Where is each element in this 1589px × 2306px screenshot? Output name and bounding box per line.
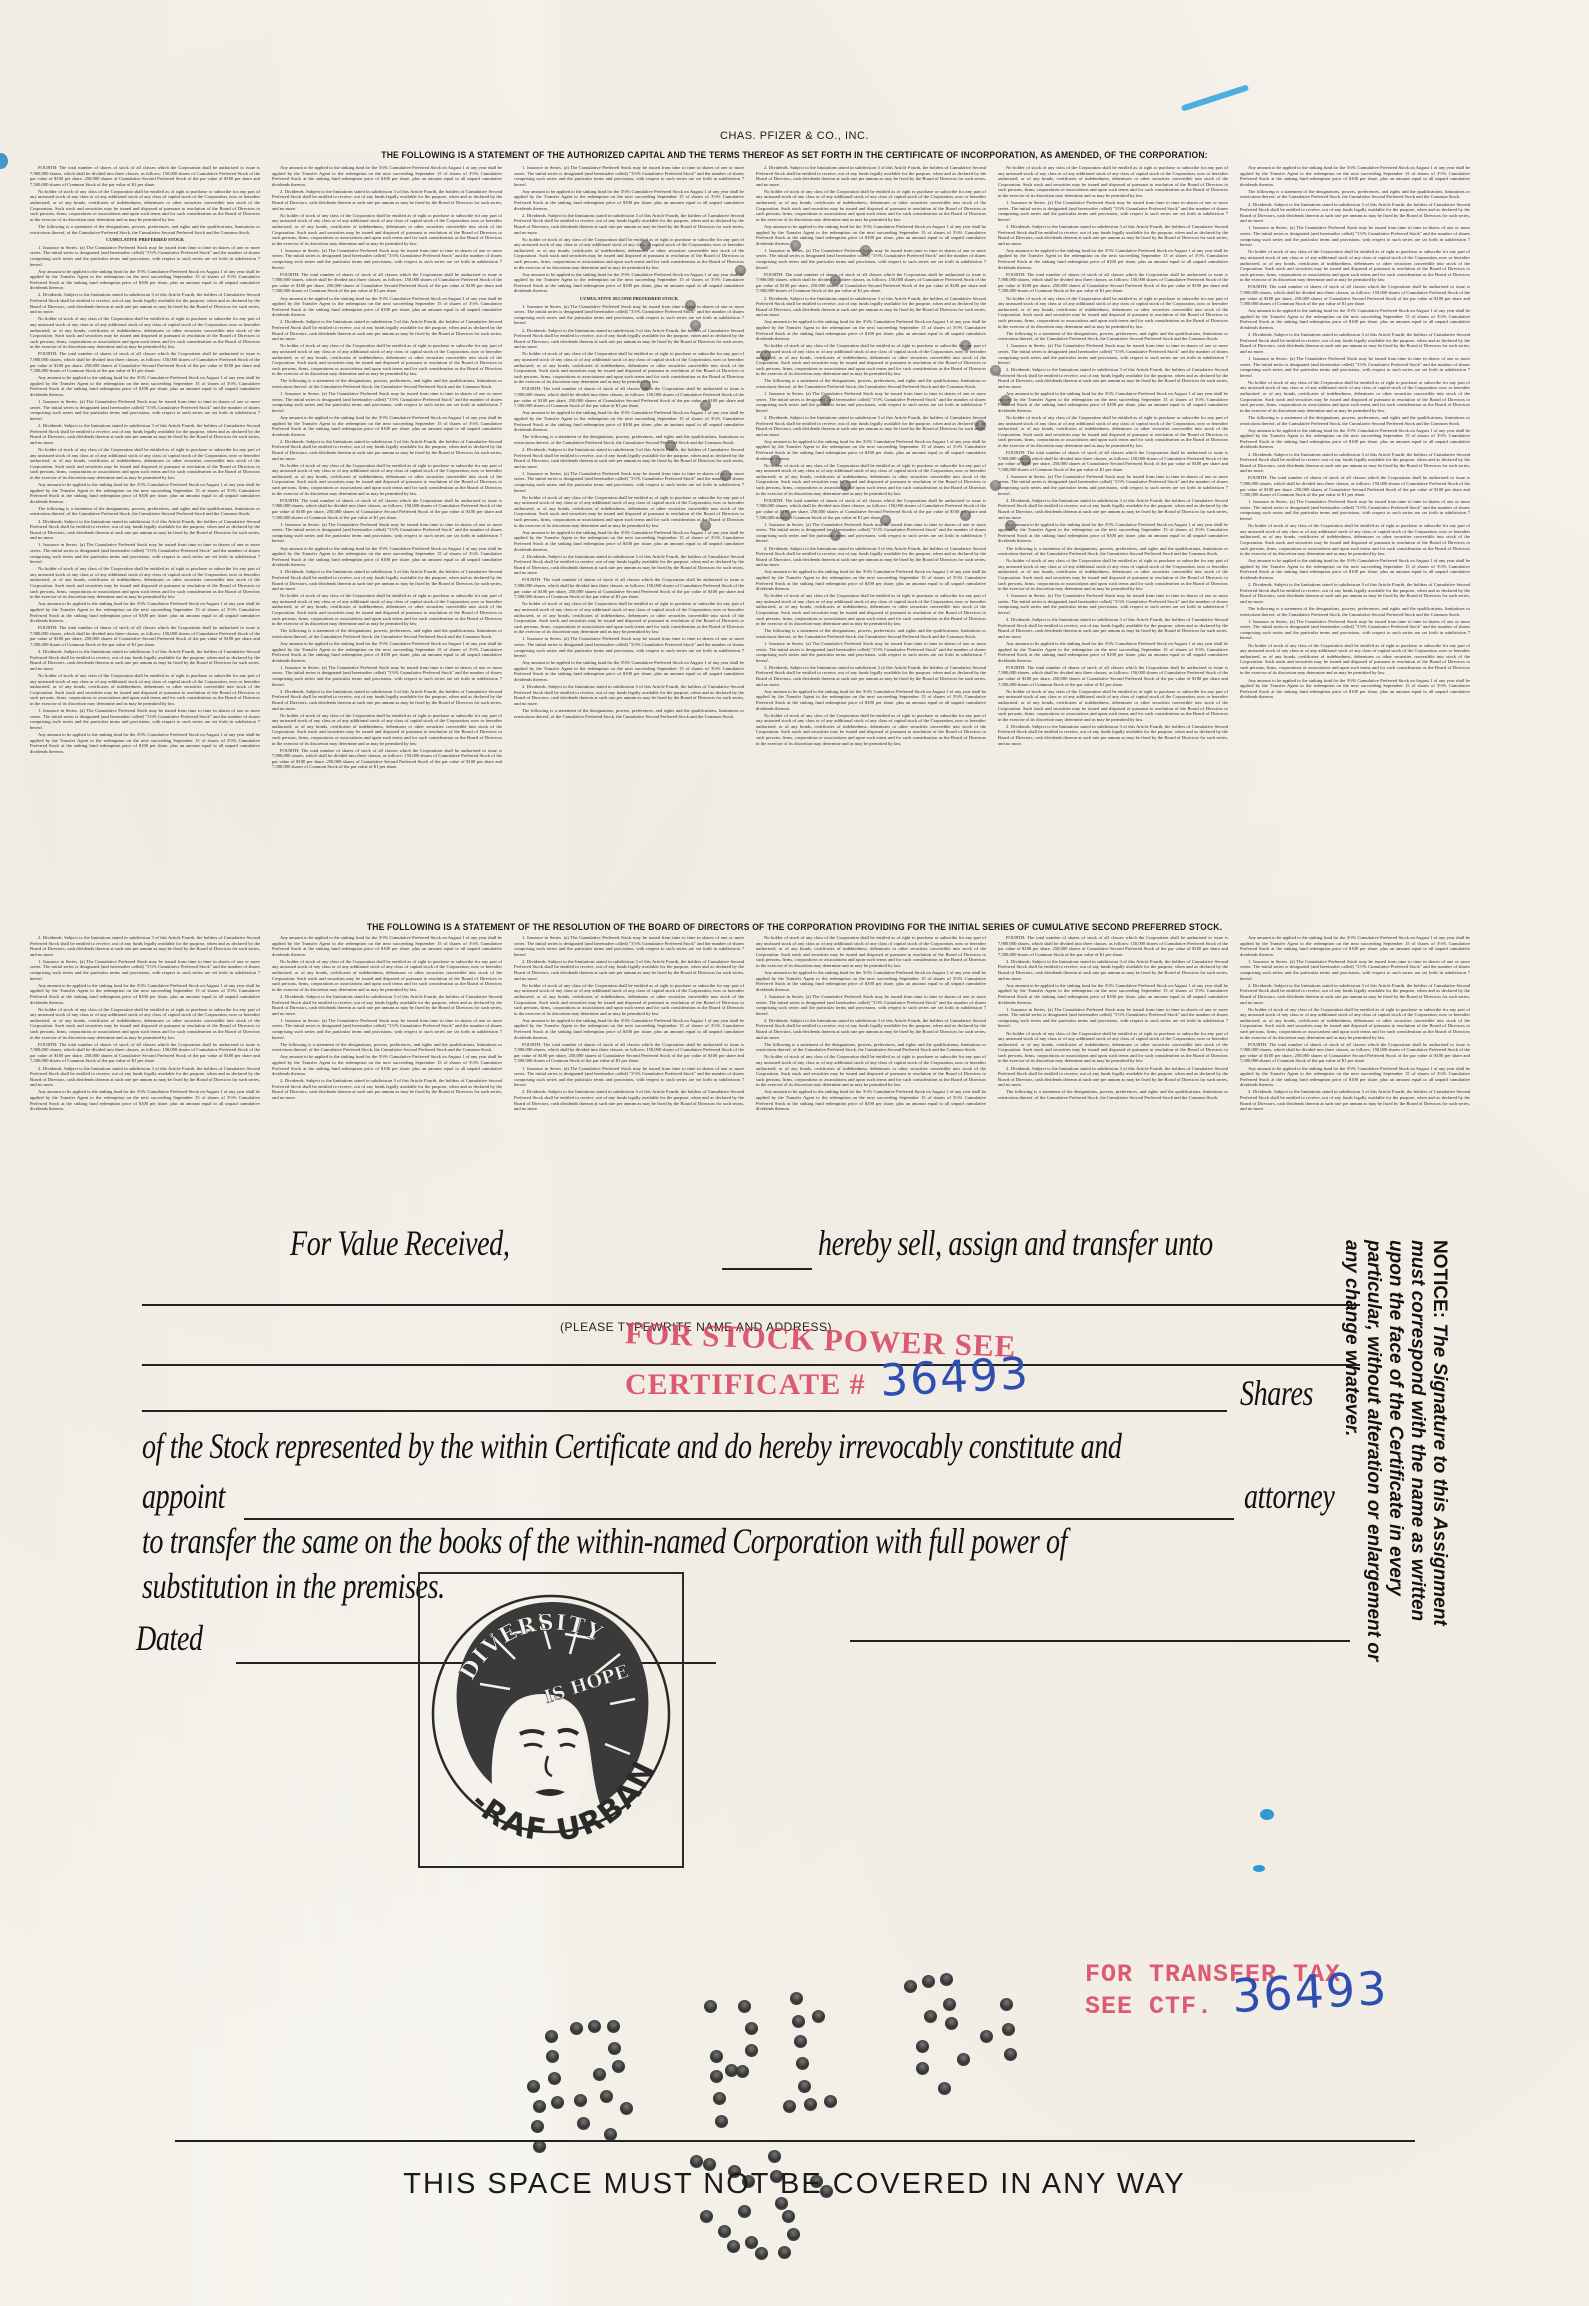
fine-paragraph: 1. Issuance in Series. (a) The Cumulativ…: [756, 248, 986, 270]
fine-paragraph: FOURTH: The total number of shares of st…: [1240, 1042, 1470, 1064]
fine-paragraph: 1. Issuance in Series. (a) The Cumulativ…: [30, 708, 260, 730]
perforation-hole: [685, 300, 696, 311]
perforation-hole: [738, 2000, 751, 2013]
fine-print-column: Any amount to be applied to the sinking …: [1240, 165, 1470, 905]
fine-paragraph: No holder of stock of any class of the C…: [1240, 249, 1470, 283]
fine-print-column: No holder of stock of any class of the C…: [756, 935, 986, 1190]
shares-label: Shares: [1240, 1372, 1313, 1414]
fine-paragraph: FOURTH: The total number of shares of st…: [1240, 284, 1470, 306]
perforation-hole: [700, 2210, 713, 2223]
fine-paragraph: 1. Issuance in Series. (a) The Cumulativ…: [756, 994, 986, 1016]
fine-paragraph: 1. Issuance in Series. (a) The Cumulativ…: [1240, 356, 1470, 378]
perforation-hole: [665, 440, 676, 451]
fine-paragraph: 2. Dividends. Subject to the limitations…: [30, 519, 260, 541]
dated-label: Dated: [136, 1617, 203, 1659]
perforation-hole: [1005, 520, 1016, 531]
fine-paragraph: 2. Dividends. Subject to the limitations…: [998, 959, 1228, 981]
perforation-hole: [718, 2225, 731, 2238]
perforation-hole: [922, 1975, 935, 1988]
perforation-hole: [945, 2017, 958, 2030]
perforation-hole: [880, 515, 891, 526]
fine-paragraph: No holder of stock of any class of the C…: [1240, 380, 1470, 414]
fine-print-column: No holder of stock of any class of the C…: [998, 165, 1228, 905]
fine-paragraph: 2. Dividends. Subject to the limitations…: [998, 724, 1228, 746]
fine-paragraph: Any amount to be applied to the sinking …: [514, 1018, 744, 1040]
perforation-hole: [860, 245, 871, 256]
fine-paragraph: 2. Dividends. Subject to the limitations…: [30, 649, 260, 671]
fine-paragraph: 2. Dividends. Subject to the limitations…: [756, 296, 986, 318]
fine-paragraph: No holder of stock of any class of the C…: [756, 1054, 986, 1088]
fine-paragraph: 2. Dividends. Subject to the limitations…: [514, 684, 744, 706]
perforation-hole: [960, 340, 971, 351]
fine-print-column: FOURTH: The total number of shares of st…: [998, 935, 1228, 1190]
resolution-text: 2. Dividends. Subject to the limitations…: [30, 935, 1470, 1190]
fine-paragraph: 2. Dividends. Subject to the limitations…: [514, 959, 744, 981]
signature-line[interactable]: [850, 1640, 1350, 1642]
fine-print-column: FOURTH: The total number of shares of st…: [30, 165, 260, 905]
fine-subheading: CUMULATIVE SECOND PREFERRED STOCK: [514, 296, 744, 302]
fine-paragraph: 1. Issuance in Series. (a) The Cumulativ…: [272, 1018, 502, 1040]
fine-paragraph: Any amount to be applied to the sinking …: [514, 530, 744, 552]
fine-paragraph: 2. Dividends. Subject to the limitations…: [998, 617, 1228, 639]
fine-paragraph: 1. Issuance in Series. (a) The Cumulativ…: [272, 522, 502, 544]
perforation-hole: [577, 2117, 590, 2130]
fine-subheading: CUMULATIVE PREFERRED STOCK: [30, 237, 260, 243]
shares-count-line[interactable]: [142, 1410, 1227, 1412]
fine-paragraph: 2. Dividends. Subject to the limitations…: [1240, 1089, 1470, 1111]
assignee-address-line[interactable]: [142, 1364, 1360, 1366]
fine-paragraph: 2. Dividends. Subject to the limitations…: [272, 689, 502, 711]
for-value-received-label: For Value Received,: [290, 1222, 509, 1264]
fine-paragraph: 2. Dividends. Subject to the limitations…: [514, 554, 744, 576]
perforation-hole: [938, 2082, 951, 2095]
fine-paragraph: Any amount to be applied to the sinking …: [756, 569, 986, 591]
fine-paragraph: Any amount to be applied to the sinking …: [272, 546, 502, 568]
fine-paragraph: Any amount to be applied to the sinking …: [998, 641, 1228, 663]
fine-paragraph: No holder of stock of any class of the C…: [998, 1031, 1228, 1065]
fine-paragraph: No holder of stock of any class of the C…: [756, 713, 986, 747]
perforation-hole: [620, 2102, 633, 2115]
fine-paragraph: 1. Issuance in Series. (a) The Cumulativ…: [30, 245, 260, 267]
fine-paragraph: FOURTH: The total number of shares of st…: [998, 665, 1228, 687]
fine-paragraph: FOURTH: The total number of shares of st…: [272, 272, 502, 294]
perforation-hole: [812, 2010, 825, 2023]
fine-paragraph: No holder of stock of any class of the C…: [998, 689, 1228, 723]
fine-paragraph: 1. Issuance in Series. (a) The Cumulativ…: [1240, 499, 1470, 521]
perforation-hole: [727, 2240, 740, 2253]
fine-paragraph: Any amount to be applied to the sinking …: [756, 1089, 986, 1111]
perforation-hole: [735, 265, 746, 276]
perforation-hole: [736, 2065, 749, 2078]
fine-paragraph: Any amount to be applied to the sinking …: [1240, 428, 1470, 450]
perforation-hole: [975, 420, 986, 431]
fine-paragraph: No holder of stock of any class of the C…: [998, 558, 1228, 592]
fine-paragraph: 1. Issuance in Series. (a) The Cumulativ…: [998, 474, 1228, 496]
perforation-hole: [710, 2050, 723, 2063]
fine-paragraph: 2. Dividends. Subject to the limitations…: [30, 292, 260, 314]
perforation-hole: [607, 2020, 620, 2033]
fine-paragraph: No holder of stock of any class of the C…: [998, 296, 1228, 330]
perforation-hole: [755, 2247, 768, 2260]
perforation-hole: [778, 2246, 791, 2259]
fine-paragraph: No holder of stock of any class of the C…: [30, 447, 260, 481]
assignee-name-line[interactable]: [142, 1304, 1360, 1306]
fine-paragraph: Any amount to be applied to the sinking …: [514, 660, 744, 682]
footer-rule: [175, 2140, 1415, 2142]
fine-paragraph: The following is a statement of the desi…: [272, 1042, 502, 1053]
perforation-hole: [943, 1998, 956, 2011]
fine-paragraph: Any amount to be applied to the sinking …: [1240, 678, 1470, 700]
fine-paragraph: No holder of stock of any class of the C…: [272, 593, 502, 627]
fine-paragraph: Any amount to be applied to the sinking …: [30, 732, 260, 754]
perforation-hole: [782, 2210, 795, 2223]
fine-paragraph: FOURTH: The total number of shares of st…: [998, 450, 1228, 472]
fine-paragraph: 2. Dividends. Subject to the limitations…: [1240, 452, 1470, 474]
fine-paragraph: Any amount to be applied to the sinking …: [30, 1089, 260, 1111]
fine-paragraph: 1. Issuance in Series. (a) The Cumulativ…: [514, 165, 744, 187]
transfer-text: to transfer the same on the books of the…: [142, 1520, 1067, 1562]
fine-paragraph: The following is a statement of the desi…: [514, 434, 744, 445]
fine-paragraph: FOURTH: The total number of shares of st…: [30, 165, 260, 187]
fine-paragraph: 1. Issuance in Series. (a) The Cumulativ…: [272, 665, 502, 687]
fine-paragraph: No holder of stock of any class of the C…: [756, 343, 986, 377]
fine-paragraph: Any amount to be applied to the sinking …: [998, 983, 1228, 1005]
perforation-hole: [612, 2060, 625, 2073]
perforation-hole: [570, 2022, 583, 2035]
fine-paragraph: Any amount to be applied to the sinking …: [998, 248, 1228, 270]
perforation-hole: [770, 455, 781, 466]
fine-paragraph: FOURTH: The total number of shares of st…: [30, 625, 260, 647]
perforation-hole: [548, 2072, 561, 2085]
fine-paragraph: No holder of stock of any class of the C…: [514, 351, 744, 385]
fine-paragraph: Any amount to be applied to the sinking …: [514, 410, 744, 432]
fine-paragraph: 2. Dividends. Subject to the limitations…: [272, 319, 502, 341]
perforation-hole: [794, 2035, 807, 2048]
perforation-hole: [574, 2094, 587, 2107]
fine-paragraph: 1. Issuance in Series. (a) The Cumulativ…: [756, 641, 986, 663]
see-certificate-stamp: SEE CTF.: [1085, 1992, 1213, 2021]
fine-paragraph: 1. Issuance in Series. (a) The Cumulativ…: [1240, 619, 1470, 641]
fine-paragraph: FOURTH: The total number of shares of st…: [272, 498, 502, 520]
perforation-hole: [1000, 1998, 1013, 2011]
fine-paragraph: Any amount to be applied to the sinking …: [1240, 558, 1470, 580]
fine-paragraph: The following is a statement of the desi…: [1240, 189, 1470, 200]
perforation-hole: [1000, 395, 1011, 406]
fine-paragraph: 2. Dividends. Subject to the limitations…: [1240, 582, 1470, 604]
substitution-text: substitution in the premises.: [142, 1565, 445, 1607]
fine-paragraph: No holder of stock of any class of the C…: [514, 983, 744, 1017]
fine-paragraph: 2. Dividends. Subject to the limitations…: [514, 1089, 744, 1111]
perforation-hole: [1020, 455, 1031, 466]
fine-paragraph: The following is a statement of the desi…: [998, 546, 1228, 557]
perforation-hole: [990, 365, 1001, 376]
signature-notice: NOTICE: The Signature to this Assignment…: [1370, 1240, 1450, 1670]
fine-paragraph: FOURTH: The total number of shares of st…: [272, 748, 502, 770]
perforation-hole: [760, 350, 771, 361]
fine-paragraph: Any amount to be applied to the sinking …: [272, 415, 502, 437]
fine-paragraph: Any amount to be applied to the sinking …: [756, 439, 986, 461]
fine-paragraph: Any amount to be applied to the sinking …: [1240, 308, 1470, 330]
perforation-hole: [720, 470, 731, 481]
perforation-hole: [640, 380, 651, 391]
fine-paragraph: No holder of stock of any class of the C…: [756, 935, 986, 969]
fine-paragraph: Any amount to be applied to the sinking …: [1240, 165, 1470, 187]
perforation-hole: [690, 320, 701, 331]
perforation-hole: [700, 520, 711, 531]
fine-paragraph: Any amount to be applied to the sinking …: [30, 269, 260, 291]
fine-paragraph: Any amount to be applied to the sinking …: [1240, 935, 1470, 957]
artwork-stamp-box: DIVERSITY IS HOPE -RAF URBAN-: [418, 1572, 684, 1868]
fine-paragraph: Any amount to be applied to the sinking …: [272, 1054, 502, 1076]
perforation-hole: [830, 275, 841, 286]
fine-paragraph: No holder of stock of any class of the C…: [272, 343, 502, 377]
perforation-hole: [690, 2155, 703, 2168]
fine-paragraph: 2. Dividends. Subject to the limitations…: [998, 224, 1228, 246]
company-name: CHAS. PFIZER & CO., INC.: [0, 130, 1589, 142]
perforation-hole: [745, 2044, 758, 2057]
fine-paragraph: 2. Dividends. Subject to the limitations…: [272, 189, 502, 211]
fine-paragraph: 1. Issuance in Series. (a) The Cumulativ…: [998, 593, 1228, 615]
fine-paragraph: Any amount to be applied to the sinking …: [30, 983, 260, 1005]
fine-paragraph: The following is a statement of the desi…: [998, 331, 1228, 342]
fine-paragraph: Any amount to be applied to the sinking …: [514, 189, 744, 211]
perforation-hole: [796, 2057, 809, 2070]
assignor-blank[interactable]: [722, 1268, 812, 1270]
fine-paragraph: The following is a statement of the desi…: [272, 628, 502, 639]
handwritten-certificate-number: 36493: [879, 1348, 1031, 1407]
notice-lead: NOTICE:: [1429, 1240, 1450, 1318]
perforation-hole: [824, 2095, 837, 2108]
fine-paragraph: 2. Dividends. Subject to the limitations…: [998, 367, 1228, 389]
sell-assign-transfer-label: hereby sell, assign and transfer unto: [818, 1222, 1213, 1264]
perforation-hole: [738, 2205, 751, 2218]
fine-paragraph: Any amount to be applied to the sinking …: [514, 272, 744, 294]
perforation-hole: [1002, 2023, 1015, 2036]
fine-paragraph: 2. Dividends. Subject to the limitations…: [756, 1018, 986, 1040]
do-not-cover-notice: THIS SPACE MUST NOT BE COVERED IN ANY WA…: [0, 2168, 1589, 2201]
fine-paragraph: No holder of stock of any class of the C…: [272, 213, 502, 247]
perforation-hole: [780, 510, 791, 521]
fine-paragraph: 2. Dividends. Subject to the limitations…: [272, 439, 502, 461]
fine-paragraph: The following is a statement of the desi…: [30, 506, 260, 517]
fine-paragraph: 1. Issuance in Series. (a) The Cumulativ…: [998, 200, 1228, 222]
perforation-hole: [924, 2010, 937, 2023]
appoint-label: appoint: [142, 1475, 225, 1517]
fine-paragraph: Any amount to be applied to the sinking …: [272, 935, 502, 957]
fine-paragraph: No holder of stock of any class of the C…: [1240, 643, 1470, 677]
fine-print-column: Any amount to be applied to the sinking …: [272, 935, 502, 1190]
fine-paragraph: No holder of stock of any class of the C…: [272, 463, 502, 497]
fine-paragraph: No holder of stock of any class of the C…: [30, 316, 260, 350]
fine-paragraph: 1. Issuance in Series. (a) The Cumulativ…: [514, 471, 744, 493]
perforation-hole: [588, 2020, 601, 2033]
fine-paragraph: The following is a statement of the desi…: [1240, 415, 1470, 426]
perforation-hole: [545, 2030, 558, 2043]
fine-paragraph: Any amount to be applied to the sinking …: [272, 165, 502, 187]
fine-paragraph: The following is a statement of the desi…: [756, 628, 986, 639]
perforation-hole: [790, 240, 801, 251]
fine-paragraph: FOURTH: The total number of shares of st…: [514, 577, 744, 599]
fine-paragraph: The following is a statement of the desi…: [756, 1042, 986, 1053]
perforation-hole: [830, 530, 841, 541]
fine-paragraph: No holder of stock of any class of the C…: [514, 601, 744, 635]
fine-paragraph: 2. Dividends. Subject to the limitations…: [998, 1066, 1228, 1088]
fine-paragraph: FOURTH: The total number of shares of st…: [998, 272, 1228, 294]
perforation-hole: [745, 2022, 758, 2035]
fine-paragraph: Any amount to be applied to the sinking …: [30, 601, 260, 623]
fine-paragraph: 1. Issuance in Series. (a) The Cumulativ…: [272, 248, 502, 270]
fine-paragraph: 1. Issuance in Series. (a) The Cumulativ…: [30, 959, 260, 981]
capital-statement-heading: THE FOLLOWING IS A STATEMENT OF THE AUTH…: [79, 150, 1509, 161]
perforation-hole: [533, 2100, 546, 2113]
perforation-hole: [527, 2080, 540, 2093]
fine-print-column: Any amount to be applied to the sinking …: [1240, 935, 1470, 1190]
resolution-heading: THE FOLLOWING IS A STATEMENT OF THE RESO…: [79, 922, 1509, 933]
perforation-hole: [1004, 2048, 1017, 2061]
fine-paragraph: No holder of stock of any class of the C…: [756, 463, 986, 497]
fine-print-column: 1. Issuance in Series. (a) The Cumulativ…: [514, 935, 744, 1190]
fine-paragraph: No holder of stock of any class of the C…: [514, 237, 744, 271]
fine-paragraph: Any amount to be applied to the sinking …: [30, 375, 260, 397]
perforation-hole: [957, 2053, 970, 2066]
fine-paragraph: No holder of stock of any class of the C…: [30, 189, 260, 223]
fine-paragraph: Any amount to be applied to the sinking …: [272, 641, 502, 663]
fine-paragraph: Any amount to be applied to the sinking …: [1240, 1066, 1470, 1088]
fine-print-column: 2. Dividends. Subject to the limitations…: [30, 935, 260, 1190]
perforation-hole: [745, 2236, 758, 2249]
fine-paragraph: Any amount to be applied to the sinking …: [272, 296, 502, 318]
fine-paragraph: 1. Issuance in Series. (a) The Cumulativ…: [272, 391, 502, 413]
perforation-hole: [531, 2120, 544, 2133]
fine-paragraph: No holder of stock of any class of the C…: [1240, 523, 1470, 557]
fine-print-column: 2. Dividends. Subject to the limitations…: [756, 165, 986, 905]
fine-paragraph: No holder of stock of any class of the C…: [272, 959, 502, 993]
ink-speck: [1260, 1809, 1274, 1820]
fine-paragraph: Any amount to be applied to the sinking …: [998, 522, 1228, 544]
fine-paragraph: No holder of stock of any class of the C…: [756, 593, 986, 627]
fine-paragraph: 2. Dividends. Subject to the limitations…: [1240, 332, 1470, 354]
fine-paragraph: 1. Issuance in Series. (a) The Cumulativ…: [998, 1007, 1228, 1029]
fine-paragraph: No holder of stock of any class of the C…: [272, 713, 502, 747]
fine-paragraph: 2. Dividends. Subject to the limitations…: [272, 569, 502, 591]
fine-paragraph: No holder of stock of any class of the C…: [998, 165, 1228, 199]
certificate-stamp: CERTIFICATE #: [625, 1368, 866, 1402]
fine-paragraph: Any amount to be applied to the sinking …: [30, 482, 260, 504]
perforation-hole: [710, 2070, 723, 2083]
fine-paragraph: 2. Dividends. Subject to the limitations…: [756, 165, 986, 187]
fine-paragraph: 2. Dividends. Subject to the limitations…: [514, 213, 744, 235]
fine-paragraph: Any amount to be applied to the sinking …: [756, 970, 986, 992]
perforation-hole: [546, 2050, 559, 2063]
perforation-hole: [640, 240, 651, 251]
fine-paragraph: FOURTH: The total number of shares of st…: [756, 272, 986, 294]
perforation-hole: [904, 1980, 917, 1993]
fine-paragraph: No holder of stock of any class of the C…: [30, 673, 260, 707]
fine-paragraph: 1. Issuance in Series. (a) The Cumulativ…: [30, 542, 260, 564]
fine-paragraph: 1. Issuance in Series. (a) The Cumulativ…: [514, 935, 744, 957]
fine-paragraph: FOURTH: The total number of shares of st…: [30, 351, 260, 373]
perforation-hole: [980, 2030, 993, 2043]
stock-represented-text: of the Stock represented by the within C…: [142, 1425, 1122, 1467]
perforation-hole: [916, 2040, 929, 2053]
perforation-hole: [916, 2062, 929, 2075]
fine-paragraph: 1. Issuance in Series. (a) The Cumulativ…: [756, 522, 986, 544]
fine-paragraph: Any amount to be applied to the sinking …: [756, 319, 986, 341]
fine-paragraph: 2. Dividends. Subject to the limitations…: [1240, 983, 1470, 1005]
portrait-afro-woman-icon: DIVERSITY IS HOPE -RAF URBAN-: [420, 1574, 682, 1866]
fine-paragraph: 2. Dividends. Subject to the limitations…: [272, 994, 502, 1016]
fine-paragraph: 2. Dividends. Subject to the limitations…: [514, 447, 744, 469]
fine-paragraph: FOURTH: The total number of shares of st…: [1240, 475, 1470, 497]
fine-paragraph: 2. Dividends. Subject to the limitations…: [30, 935, 260, 957]
perforation-hole: [792, 2015, 805, 2028]
fine-paragraph: 1. Issuance in Series. (a) The Cumulativ…: [514, 636, 744, 658]
fine-paragraph: No holder of stock of any class of the C…: [30, 1007, 260, 1041]
fine-paragraph: 2. Dividends. Subject to the limitations…: [1240, 202, 1470, 224]
attorney-label: attorney: [1244, 1475, 1334, 1517]
fine-paragraph: No holder of stock of any class of the C…: [998, 415, 1228, 449]
fine-paragraph: No holder of stock of any class of the C…: [30, 566, 260, 600]
perforation-hole: [608, 2042, 621, 2055]
fine-paragraph: 1. Issuance in Series. (a) The Cumulativ…: [514, 304, 744, 326]
perforation-hole: [768, 2150, 781, 2163]
perforation-hole: [593, 2068, 606, 2081]
perforation-hole: [551, 2096, 564, 2109]
perforation-hole: [713, 2092, 726, 2105]
fine-paragraph: 2. Dividends. Subject to the limitations…: [30, 423, 260, 445]
fine-paragraph: 1. Issuance in Series. (a) The Cumulativ…: [514, 1066, 744, 1088]
fine-paragraph: 2. Dividends. Subject to the limitations…: [272, 1078, 502, 1100]
ink-speck: [1253, 1865, 1265, 1872]
fine-paragraph: 2. Dividends. Subject to the limitations…: [756, 415, 986, 437]
fine-print-column: 1. Issuance in Series. (a) The Cumulativ…: [514, 165, 744, 905]
fine-paragraph: The following is a statement of the desi…: [514, 708, 744, 719]
fine-paragraph: FOURTH: The total number of shares of st…: [998, 935, 1228, 957]
fine-paragraph: FOURTH: The total number of shares of st…: [30, 1042, 260, 1064]
perforation-hole: [840, 480, 851, 491]
fine-paragraph: Any amount to be applied to the sinking …: [756, 689, 986, 711]
fine-paragraph: The following is a statement of the desi…: [272, 378, 502, 389]
fine-paragraph: 1. Issuance in Series. (a) The Cumulativ…: [756, 391, 986, 413]
perforation-hole: [820, 395, 831, 406]
fine-paragraph: No holder of stock of any class of the C…: [756, 189, 986, 223]
perforation-hole: [715, 2115, 728, 2128]
fine-paragraph: Any amount to be applied to the sinking …: [998, 391, 1228, 413]
perforation-hole: [804, 2098, 817, 2111]
fine-paragraph: 2. Dividends. Subject to the limitations…: [756, 546, 986, 568]
perforation-hole: [790, 1992, 803, 2005]
fine-paragraph: 1. Issuance in Series. (a) The Cumulativ…: [1240, 225, 1470, 247]
perforation-hole: [787, 2228, 800, 2241]
perforation-hole: [940, 1973, 953, 1986]
fine-paragraph: 1. Issuance in Series. (a) The Cumulativ…: [30, 399, 260, 421]
handwritten-tax-number: 36493: [1231, 1961, 1390, 2023]
fine-paragraph: The following is a statement of the desi…: [1240, 606, 1470, 617]
fine-paragraph: 2. Dividends. Subject to the limitations…: [756, 665, 986, 687]
fine-paragraph: The following is a statement of the desi…: [998, 1089, 1228, 1100]
capital-statement-text: FOURTH: The total number of shares of st…: [30, 165, 1470, 905]
perforation-hole: [798, 2080, 811, 2093]
fine-paragraph: 2. Dividends. Subject to the limitations…: [30, 1066, 260, 1088]
perforation-hole: [700, 400, 711, 411]
fine-paragraph: 2. Dividends. Subject to the limitations…: [998, 498, 1228, 520]
perforation-hole: [704, 2000, 717, 2013]
fine-paragraph: 2. Dividends. Subject to the limitations…: [514, 328, 744, 350]
fine-paragraph: FOURTH: The total number of shares of st…: [514, 1042, 744, 1064]
fine-paragraph: The following is a statement of the desi…: [30, 224, 260, 235]
fine-paragraph: The following is a statement of the desi…: [756, 378, 986, 389]
perforation-hole: [600, 2090, 613, 2103]
